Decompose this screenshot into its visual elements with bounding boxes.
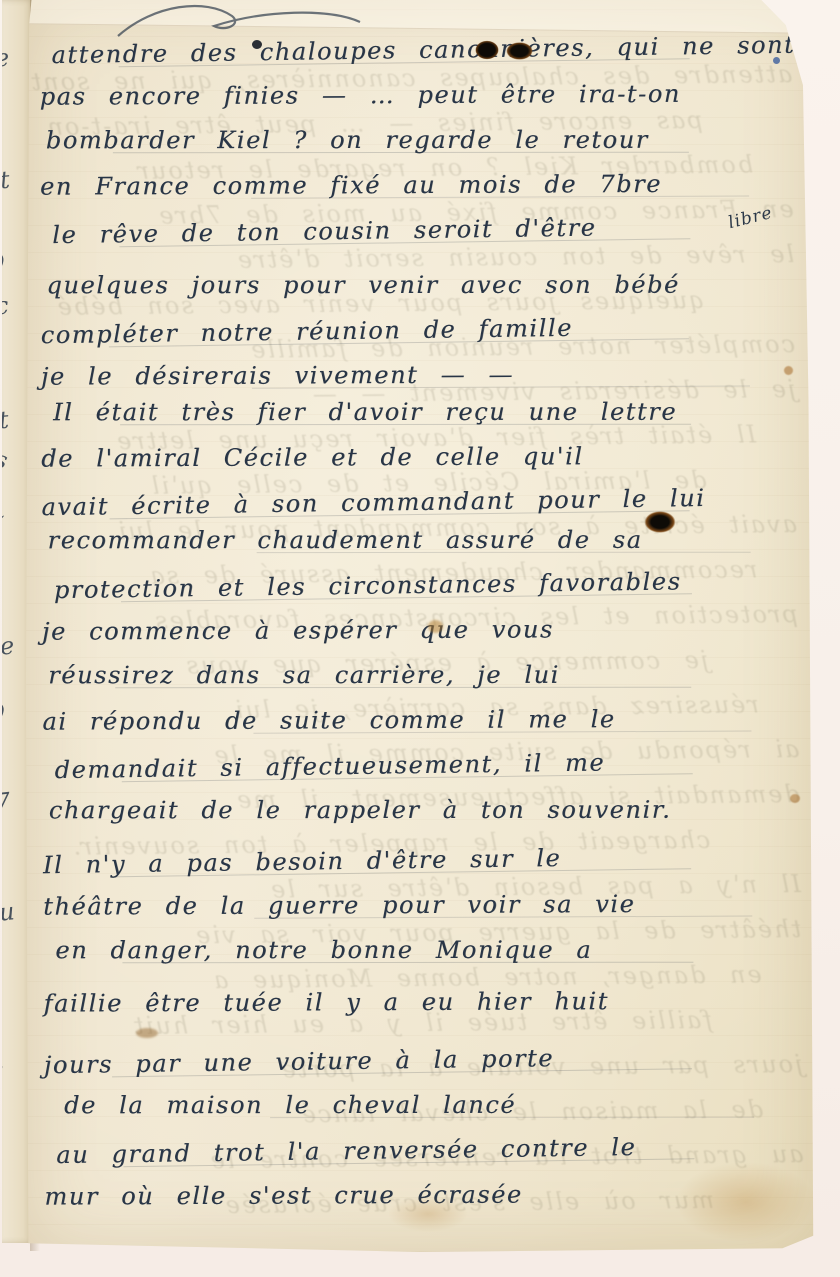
ink-fragment: e: [2, 631, 16, 660]
letter-line: recommander chaudement assuré de sa: [48, 520, 796, 566]
ink-fragment: -: [2, 1052, 5, 1081]
letter-line: le rêve de ton cousin seroit d'être: [52, 205, 795, 260]
letter-line: compléter notre réunion de famille: [40, 305, 795, 361]
ink-fragment: (: [2, 512, 6, 541]
letter-line: quelques jours pour venir avec son bébé: [47, 265, 795, 311]
ink-fragment: 7: [2, 787, 12, 816]
ink-fragment: t: [2, 406, 10, 435]
letter-line: bombarder Kiel ? on regarde le retour: [46, 120, 794, 166]
letter-line: chargeait de le rappeler à ton souvenir.: [49, 790, 797, 836]
letter-line: Il n'y a pas besoin d'être sur le: [43, 835, 798, 891]
pen-flourish: [114, 2, 364, 44]
letter-line: demandait si affectueusement, il me: [54, 740, 797, 795]
ink-fragment: ): [2, 699, 7, 728]
ink-fragment: s: [2, 445, 11, 475]
ink-fragment: u: [2, 897, 16, 926]
letter-line: mur où elle s'est crue écrasée: [44, 1173, 798, 1221]
letter-line: je commence à espérer que vous: [42, 608, 796, 656]
letter-line: ai répondu de suite comme il me le: [42, 698, 796, 746]
letter-line: théâtre de la guerre pour voir sa vie: [43, 883, 797, 931]
letter-line: réussirez dans sa carrière, je lui: [48, 655, 796, 701]
ink-fragment: ): [2, 249, 7, 278]
ink-fragment: c: [2, 291, 10, 320]
letter-lines: attendre des chaloupes canonnières, qui …: [23, 0, 816, 1254]
letter-paper: attendre des chaloupes canonnières, qui …: [26, 0, 814, 1252]
letter-line: Il était très fier d'avoir reçu une lett…: [53, 392, 795, 438]
letter-line: en danger, notre bonne Monique a: [55, 930, 797, 976]
letter-line: en France comme fixé au mois de 7bre: [40, 163, 794, 211]
scanned-letter-page: et)cts(e)7u- attendre des chaloupes cano…: [0, 0, 840, 1277]
ink-fragment: e: [2, 43, 11, 72]
letter-line: jours par une voiture à la porte: [44, 1035, 799, 1091]
letter-line: faillie être tuée il y a eu hier huit: [44, 980, 798, 1028]
letter-line: de l'amiral Cécile et de celle qu'il: [41, 435, 795, 483]
letter-line: de la maison le cheval lancé: [64, 1085, 798, 1131]
letter-line: pas encore finies — … peut être ira-t-on: [40, 73, 794, 121]
ink-fragment: t: [2, 166, 11, 195]
letter-line: au grand trot l'a renversée contre le: [56, 1125, 799, 1180]
letter-line: protection et les circonstances favorabl…: [54, 560, 797, 615]
